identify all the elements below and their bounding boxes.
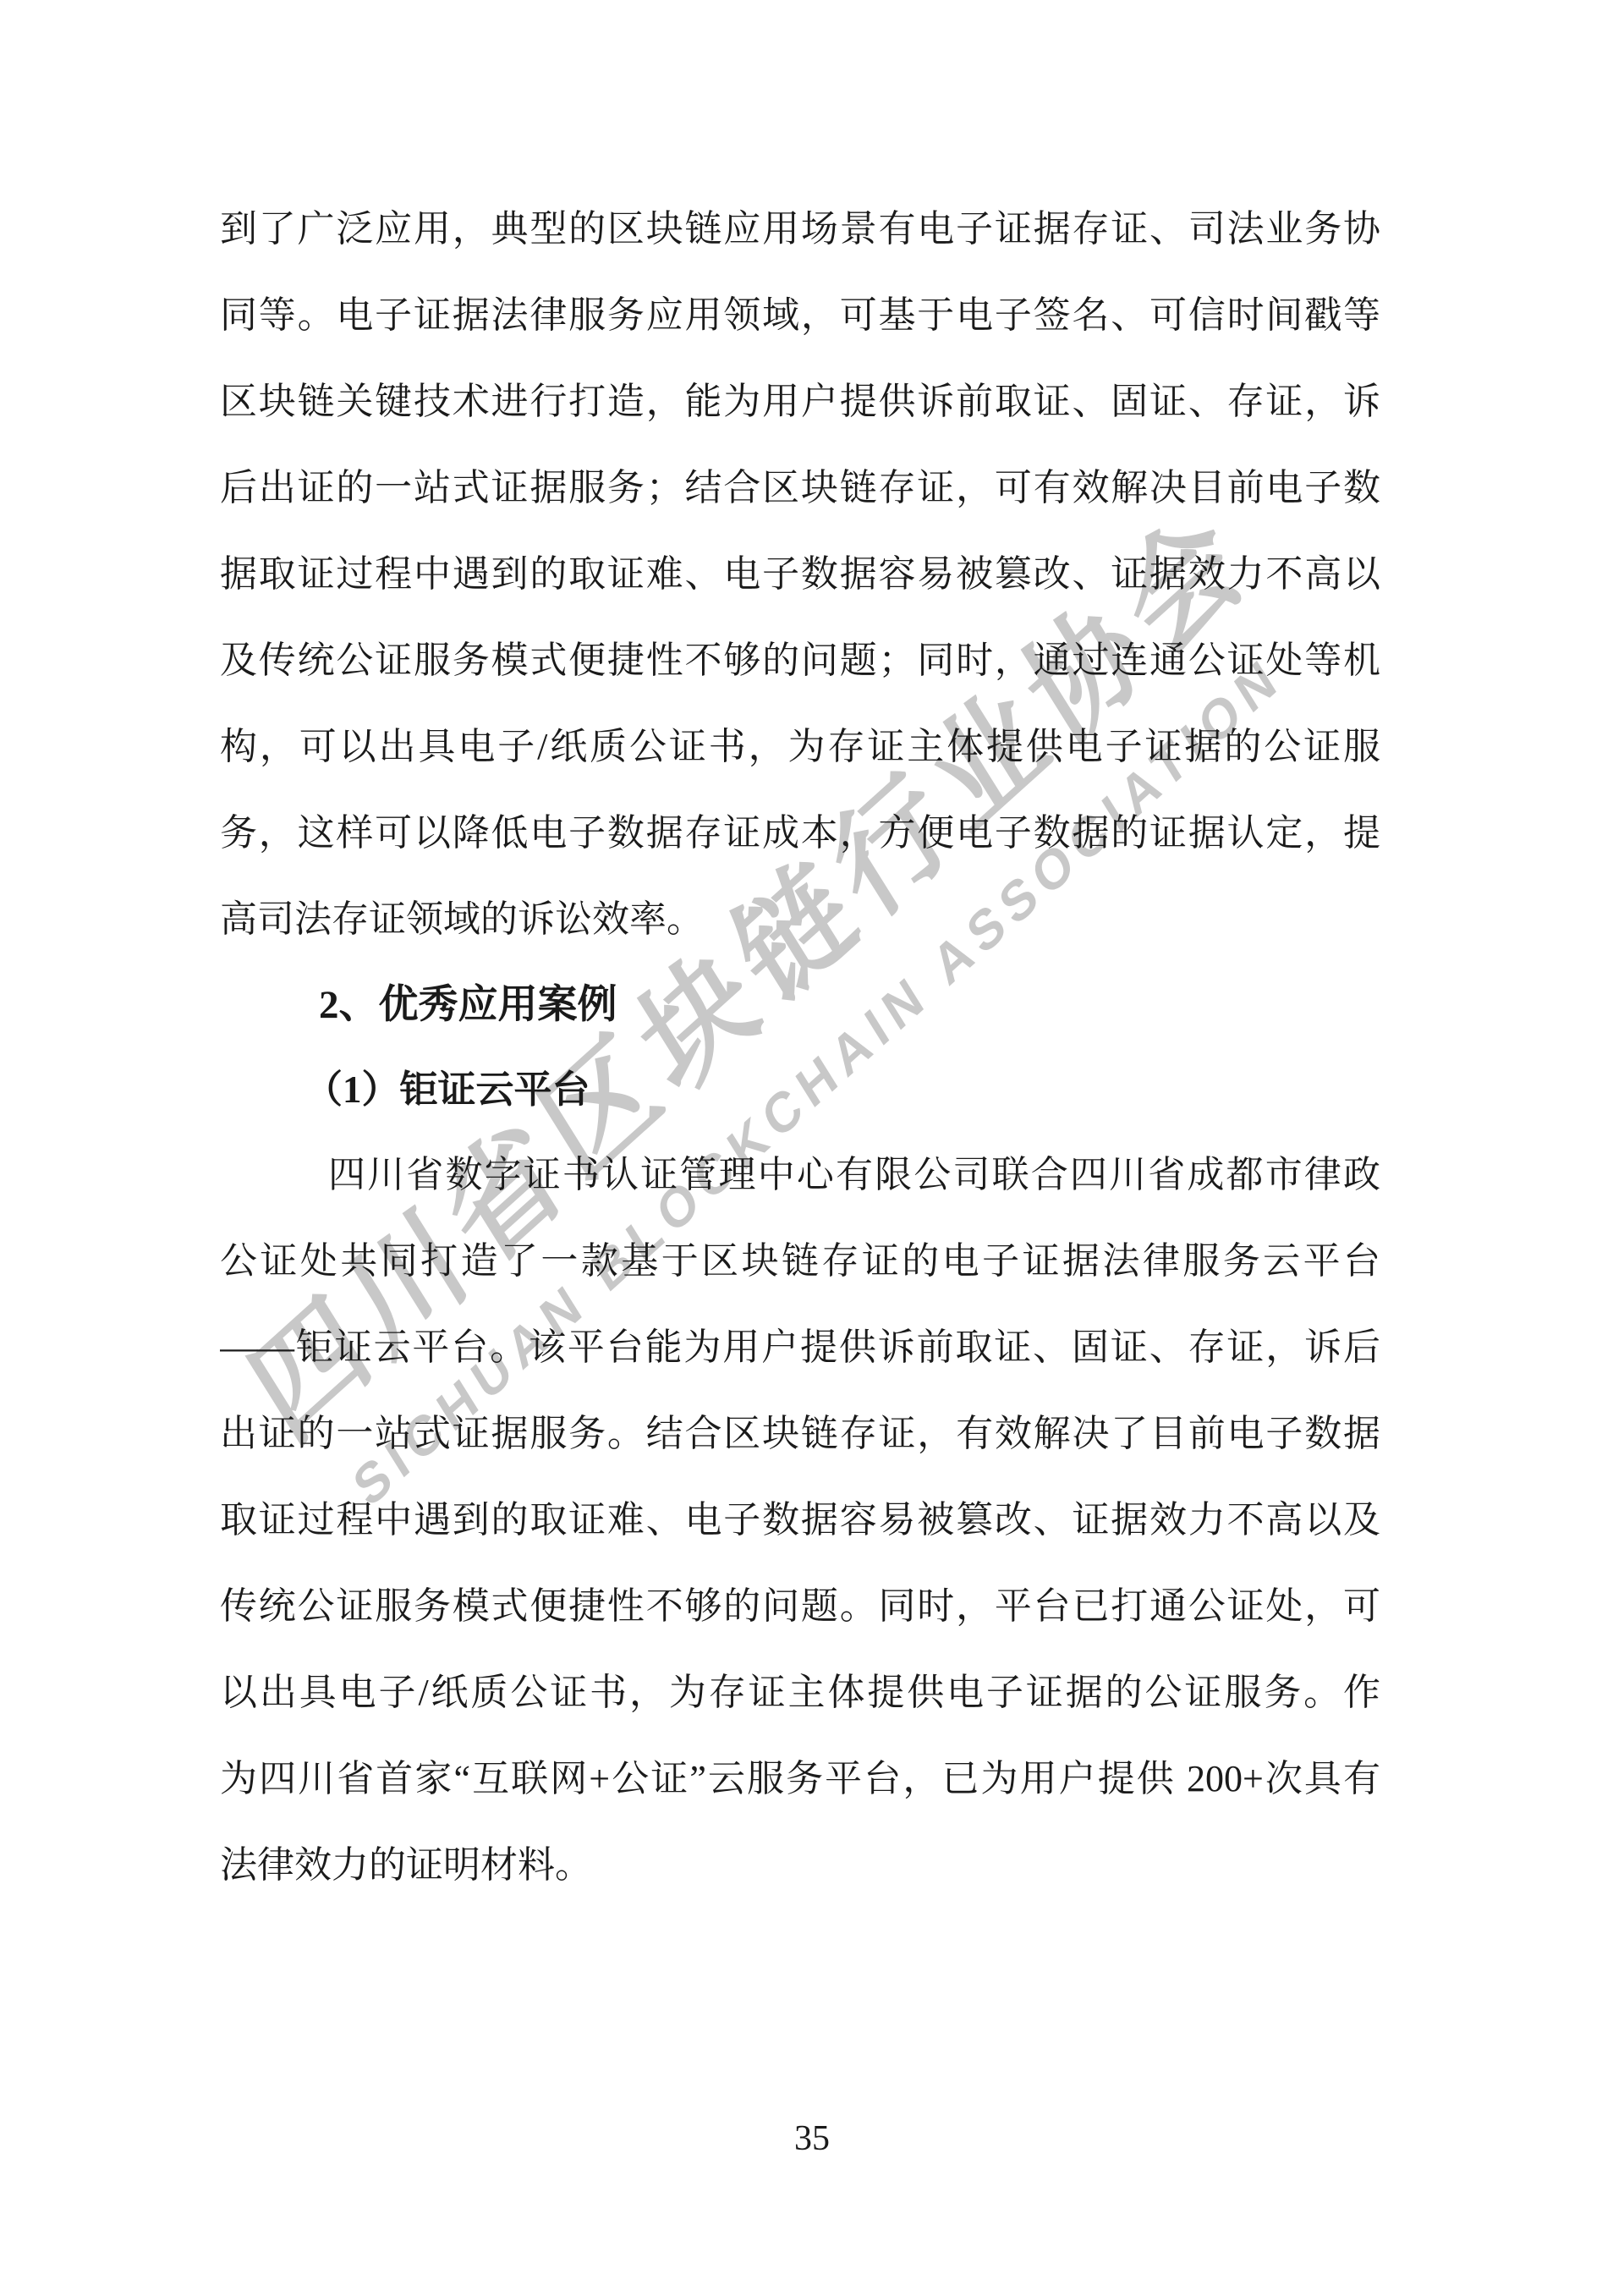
subsection-heading: （1）钜证云平台 [220, 1047, 1380, 1132]
document-page: 四川省区块链行业协会 SICHUAN BLOCKCHAIN ASSOCIATIO… [0, 0, 1624, 2296]
section-heading: 2、优秀应用案例 [220, 963, 1380, 1047]
text-line: 构，可以出具电子/纸质公证书，为存证主体提供电子证据的公证服 [220, 704, 1380, 790]
text-line: 为四川省首家“互联网+公证”云服务平台，已为用户提供 200+次具有 [220, 1736, 1380, 1822]
text-line: 同等。电子证据法律服务应用领域，可基于电子签名、可信时间戳等 [220, 272, 1380, 359]
text-line: 四川省数字证书认证管理中心有限公司联合四川省成都市律政 [220, 1132, 1380, 1218]
body-text-column: 到了广泛应用，典型的区块链应用场景有电子证据存证、司法业务协同等。电子证据法律服… [220, 186, 1380, 1909]
text-line: 到了广泛应用，典型的区块链应用场景有电子证据存证、司法业务协 [220, 186, 1380, 272]
page-number: 35 [0, 2112, 1624, 2166]
text-line: 以出具电子/纸质公证书，为存证主体提供电子证据的公证服务。作 [220, 1650, 1380, 1736]
text-line: 区块链关键技术进行打造，能为用户提供诉前取证、固证、存证，诉 [220, 359, 1380, 445]
paragraph-2: 四川省数字证书认证管理中心有限公司联合四川省成都市律政公证处共同打造了一款基于区… [220, 1132, 1380, 1909]
text-line: 后出证的一站式证据服务；结合区块链存证，可有效解决目前电子数 [220, 445, 1380, 531]
text-line: 出证的一站式证据服务。结合区块链存证，有效解决了目前电子数据 [220, 1391, 1380, 1477]
text-line: 公证处共同打造了一款基于区块链存证的电子证据法律服务云平台 [220, 1218, 1380, 1305]
text-line: 取证过程中遇到的取证难、电子数据容易被篡改、证据效力不高以及 [220, 1477, 1380, 1563]
text-line: 高司法存证领域的诉讼效率。 [220, 876, 1380, 963]
text-line: 及传统公证服务模式便捷性不够的问题；同时，通过连通公证处等机 [220, 618, 1380, 704]
text-line: 据取证过程中遇到的取证难、电子数据容易被篡改、证据效力不高以 [220, 531, 1380, 618]
text-line: ——钜证云平台。该平台能为用户提供诉前取证、固证、存证，诉后 [220, 1305, 1380, 1391]
paragraph-1: 到了广泛应用，典型的区块链应用场景有电子证据存证、司法业务协同等。电子证据法律服… [220, 186, 1380, 963]
text-line: 法律效力的证明材料。 [220, 1822, 1380, 1909]
text-line: 传统公证服务模式便捷性不够的问题。同时，平台已打通公证处，可 [220, 1563, 1380, 1650]
text-line: 务，这样可以降低电子数据存证成本，方便电子数据的证据认定，提 [220, 790, 1380, 876]
